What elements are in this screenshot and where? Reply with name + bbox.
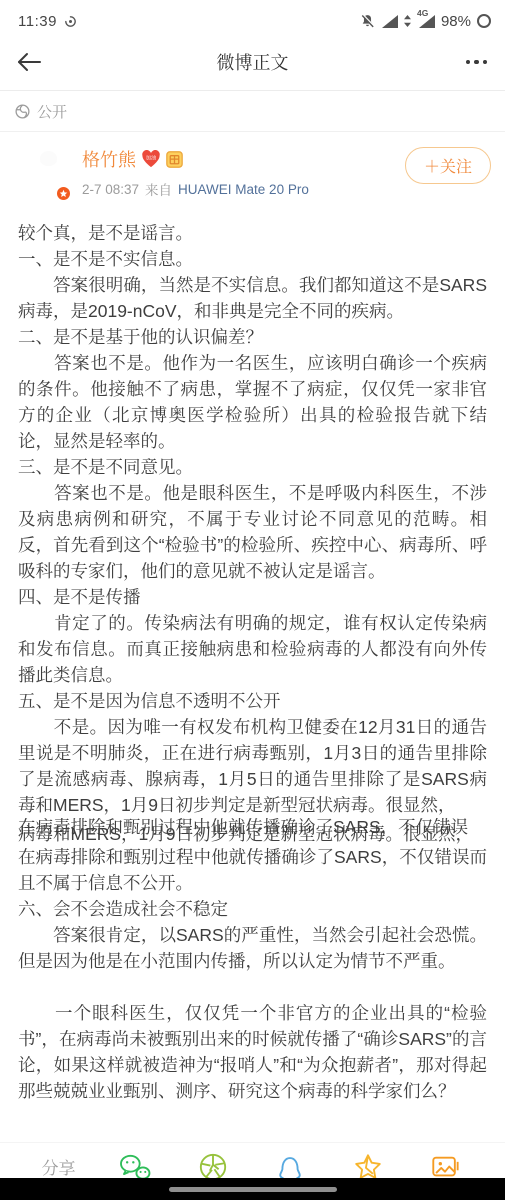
- favorite-star-icon: [353, 1152, 383, 1182]
- post-paragraph: 答案很明确，当然是不实信息。我们都知道这不是SARS病毒，是2019-nCoV，…: [18, 272, 487, 324]
- qq-icon: [275, 1152, 305, 1182]
- status-time: 11:39: [18, 13, 57, 30]
- post-paragraph: 答案也不是。他作为一名医生，应该明白确诊一个疾病的条件。他接触不了病患，掌握不了…: [18, 350, 487, 454]
- mute-bell-icon: [359, 13, 376, 30]
- home-indicator[interactable]: [169, 1187, 337, 1192]
- weibo-post-screen: 11:39 4G 98% 微博正文: [0, 0, 505, 1200]
- post-paragraph: 在病毒排除和甄别过程中他就传播确诊了SARS，不仅错误而且不属于信息不公开。: [18, 844, 487, 896]
- post-glitch-overlap: 在病毒排除和甄别过程中他就传播确诊了SARS，不仅错误病毒和MERS，1月9日初…: [18, 818, 487, 844]
- share-label[interactable]: 分享: [42, 1154, 76, 1179]
- more-options-button[interactable]: [464, 54, 490, 71]
- post-paragraph: 肯定了的。传染病法有明确的规定，谁有权认定传染病和发布信息。而真正接触病患和检验…: [18, 610, 487, 688]
- globe-icon: [14, 103, 31, 120]
- wechat-icon: [118, 1153, 152, 1181]
- post-paragraph: 不是。因为唯一有权发布机构卫健委在12月31日的通告里说是不明肺炎，正在进行病毒…: [18, 714, 487, 818]
- post-content: 较个真，是不是谣言。一、是不是不实信息。 答案很明确，当然是不实信息。我们都知道…: [0, 212, 505, 1104]
- author-row: 格竹熊 加油 2-7 08:37 来自 HUAWEI Mate 20 Pro ＋…: [0, 132, 505, 212]
- glitch-line: 病毒和MERS，1月9日初步判定是新型冠状病毒。很显然，: [18, 821, 473, 844]
- back-button[interactable]: [16, 51, 42, 73]
- status-bar: 11:39 4G 98%: [0, 0, 505, 34]
- visibility-row: 公开: [0, 91, 505, 132]
- post-paragraph: 五、是不是因为信息不透明不公开: [18, 688, 487, 714]
- page-title: 微博正文: [0, 49, 505, 75]
- supporter-heart-badge-icon: 加油: [141, 150, 161, 168]
- svg-text:加油: 加油: [146, 153, 156, 161]
- post-paragraph: 答案也不是。他是眼科医生，不是呼吸内科医生，不涉及病患病例和研究，不属于专业讨论…: [18, 480, 487, 584]
- data-signal-icon: 4G: [419, 15, 435, 28]
- member-badge-icon: [166, 151, 183, 168]
- source-device-link[interactable]: HUAWEI Mate 20 Pro: [178, 182, 309, 197]
- post-paragraph: 一个眼科医生，仅仅凭一个非官方的企业出具的“检验书”，在病毒尚未被甄别出来的时候…: [18, 1000, 487, 1104]
- battery-percent: 98%: [441, 13, 471, 30]
- post-paragraph: 较个真，是不是谣言。: [18, 220, 487, 246]
- data-arrows-icon: [404, 15, 411, 27]
- album-icon: [430, 1152, 460, 1182]
- post-paragraph: 四、是不是传播: [18, 584, 487, 610]
- back-arrow-icon: [16, 51, 42, 73]
- avatar-vip-star-badge-icon: [55, 185, 72, 202]
- post-paragraph: 二、是不是基于他的认识偏差？: [18, 324, 487, 350]
- post-paragraph: 六、会不会造成社会不稳定: [18, 896, 487, 922]
- more-options-icon: [466, 60, 471, 65]
- avatar[interactable]: [14, 144, 70, 200]
- follow-button[interactable]: ＋关注: [405, 147, 491, 184]
- moments-icon: [198, 1152, 228, 1182]
- author-name[interactable]: 格竹熊: [82, 146, 136, 172]
- battery-ring-icon: [477, 14, 491, 28]
- post-paragraph: 答案很肯定，以SARS的严重性，当然会引起社会恐慌。但是因为他是在小范围内传播，…: [18, 922, 487, 974]
- source-prefix: 来自: [145, 179, 172, 199]
- post-paragraph: 三、是不是不同意见。: [18, 454, 487, 480]
- system-navigation-bar: [0, 1178, 505, 1200]
- network-type-label: 4G: [417, 8, 428, 18]
- post-date: 2-7 08:37: [82, 182, 139, 197]
- post-blank-line: [18, 974, 487, 1000]
- nav-bar: 微博正文: [0, 34, 505, 91]
- weibo-logo-icon: [63, 14, 78, 29]
- visibility-label: 公开: [37, 101, 67, 122]
- post-paragraph: 一、是不是不实信息。: [18, 246, 487, 272]
- signal-icon: [382, 15, 398, 28]
